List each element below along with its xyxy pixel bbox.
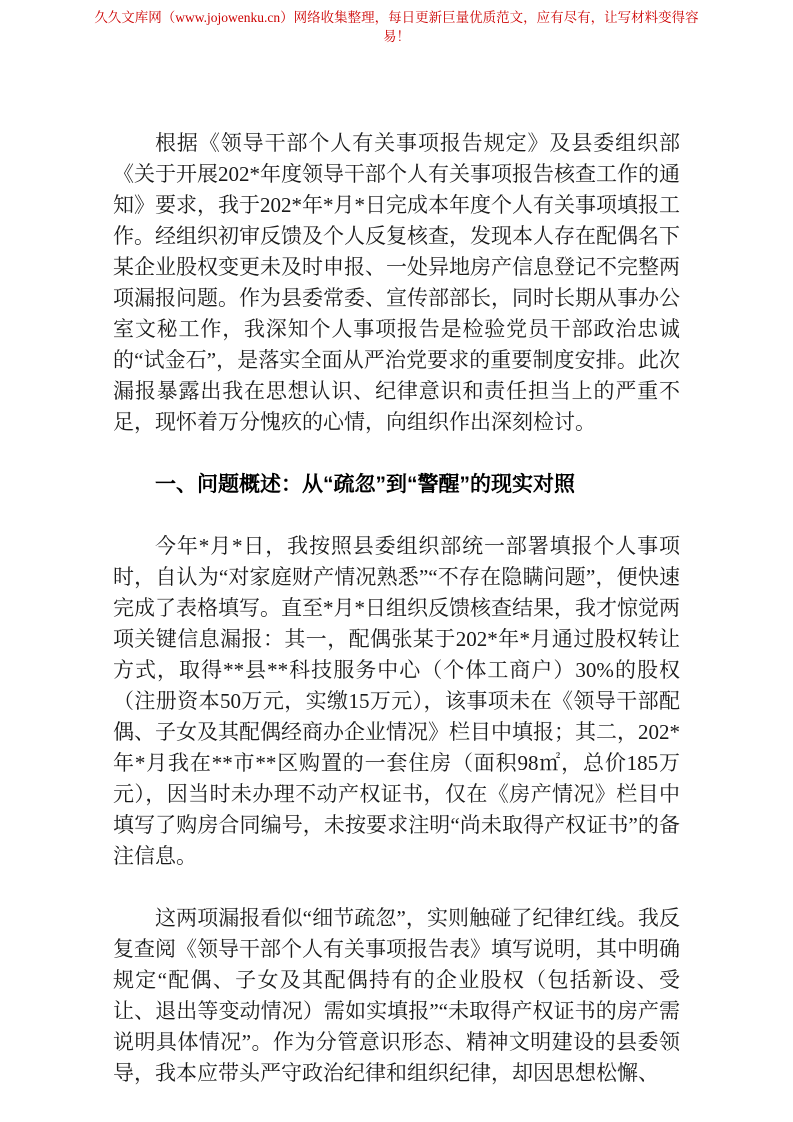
- document-body: 根据《领导干部个人有关事项报告规定》及县委组织部《关于开展202*年度领导干部个…: [93, 46, 700, 1089]
- watermark-text: 久久文库网（www.jojowenku.cn）网络收集整理，每日更新巨量优质范文…: [94, 10, 698, 44]
- paragraph-intro: 根据《领导干部个人有关事项报告规定》及县委组织部《关于开展202*年度领导干部个…: [113, 128, 680, 438]
- paragraph-discipline-reflection: 这两项漏报看似“细节疏忽”，实则触碰了纪律红线。我反复查阅《领导干部个人有关事项…: [113, 903, 680, 1089]
- section-heading-problem-overview: 一、问题概述：从“疏忽”到“警醒”的现实对照: [113, 469, 680, 500]
- document-page: 久久文库网（www.jojowenku.cn）网络收集整理，每日更新巨量优质范文…: [0, 0, 793, 1122]
- watermark-header: 久久文库网（www.jojowenku.cn）网络收集整理，每日更新巨量优质范文…: [93, 8, 700, 46]
- paragraph-problem-details: 今年*月*日，我按照县委组织部统一部署填报个人事项时，自认为“对家庭财产情况熟悉…: [113, 531, 680, 872]
